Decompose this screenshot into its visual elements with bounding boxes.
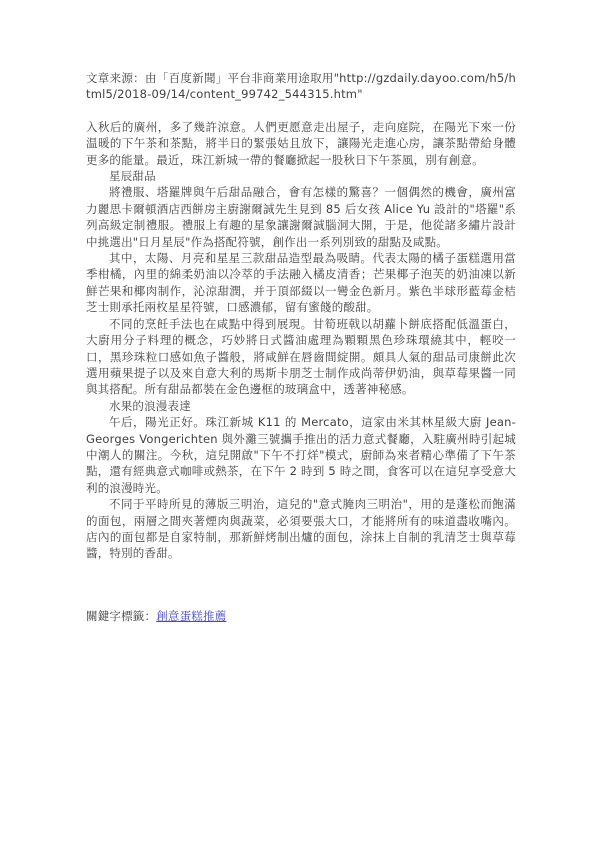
section-heading-star-desserts: 星辰甜品: [86, 168, 516, 184]
article-body: 文章来源：由「百度新聞」平台非商業用途取用"http://gzdaily.day…: [86, 70, 516, 624]
document-page: 文章来源：由「百度新聞」平台非商業用途取用"http://gzdaily.day…: [0, 0, 600, 848]
section-heading-fruit-romance: 水果的浪漫表達: [86, 398, 516, 414]
paragraph-sun-moon-stars: 其中，太陽、月亮和星星三款甜品造型最為吸睛。代表太陽的橘子蛋糕選用當季柑橘，內里…: [86, 250, 516, 316]
keyword-tags-label: 關鍵字標籤：: [86, 609, 156, 623]
paragraph-intro: 入秋后的廣州，多了幾許涼意。人們更愿意走出屋子，走向庭院，在陽光下來一份温暖的下…: [86, 119, 516, 168]
keyword-tag-link[interactable]: 創意蛋糕推薦: [156, 609, 226, 623]
paragraph-savoury-techniques: 不同的烹飪手法也在咸點中得到展現。甘筍班戟以胡蘿卜餅底搭配低溫蛋白，大廚用分子料…: [86, 316, 516, 398]
paragraph-tarot-dress: 將禮服、塔羅牌與午后甜品融合，會有怎樣的驚喜？一個偶然的機會，廣州富力麗思卡爾頓…: [86, 184, 516, 250]
paragraph-sandwich: 不同于平時所見的薄版三明治，這兒的"意式腌肉三明治"，用的是蓬松而飽滿的面包，兩…: [86, 496, 516, 562]
paragraph-mercato-afternoon: 午后，陽光正好。珠江新城 K11 的 Mercato，這家由米其林星級大廚 Je…: [86, 414, 516, 496]
keyword-tags-row: 關鍵字標籤：創意蛋糕推薦: [86, 608, 516, 624]
article-source-line: 文章来源：由「百度新聞」平台非商業用途取用"http://gzdaily.day…: [86, 70, 516, 103]
